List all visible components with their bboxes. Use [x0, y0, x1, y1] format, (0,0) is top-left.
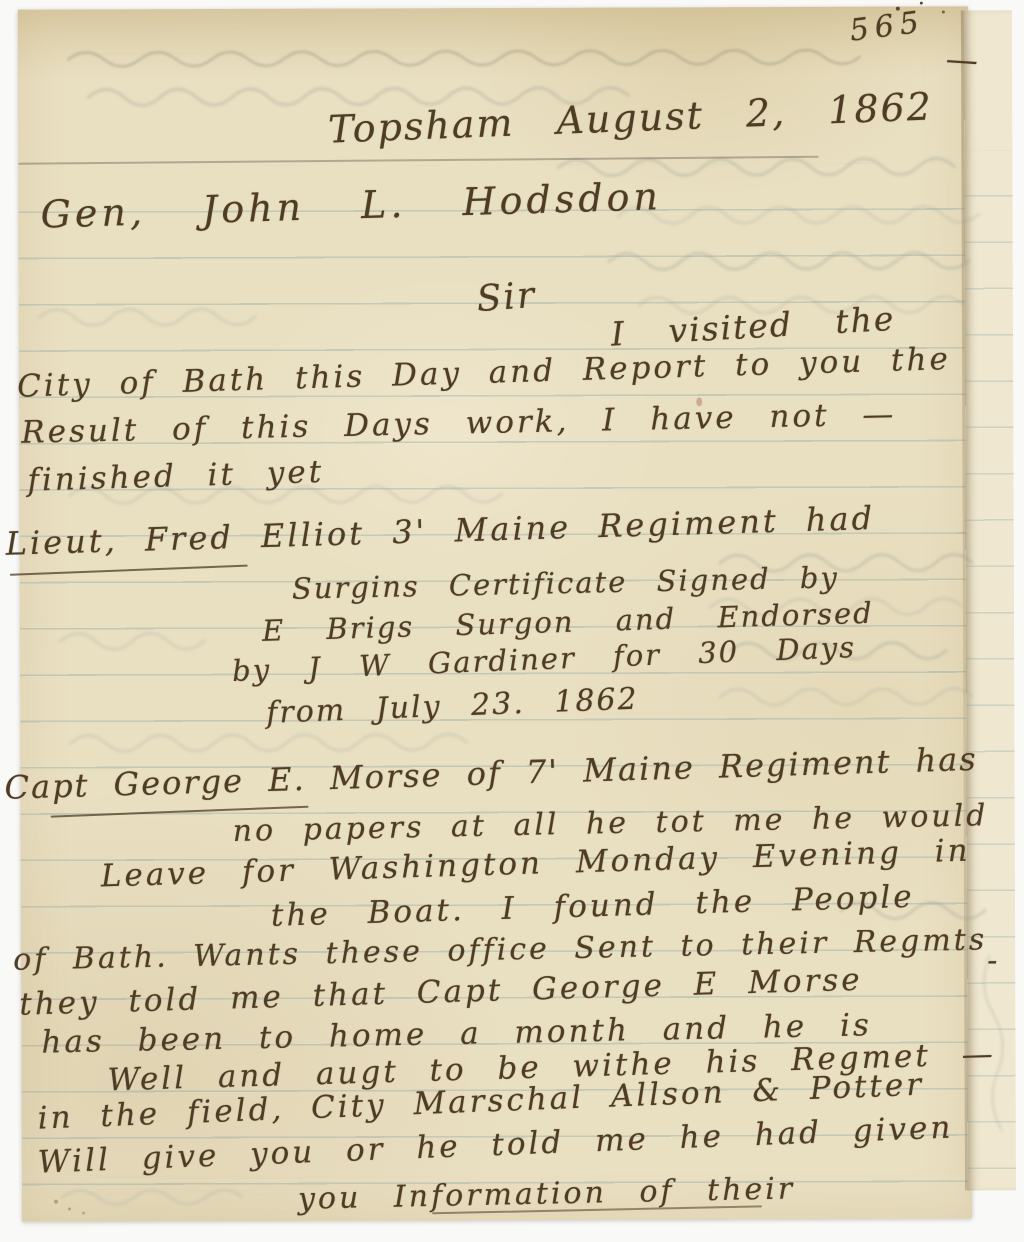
body-line: Lieut, Fred Elliot 3' Maine Regiment had [5, 502, 875, 560]
scanned-letter-page: { "document": { "kind": "handwritten-let… [0, 0, 1024, 1242]
page-number: 565 [848, 8, 926, 47]
recipient-line: Gen, John L. Hodsdon [40, 177, 662, 233]
body-line: you Information of their [298, 1174, 796, 1214]
body-line: Capt George E. Morse of 7' Maine Regimen… [4, 743, 978, 804]
body-line: finished it yet [27, 457, 325, 497]
letter-scan: 565—Topsham August 2, 1862Gen, John L. H… [0, 0, 1024, 1242]
ink-dash: — [945, 43, 979, 77]
place-date-line: Topsham August 2, 1862 [328, 87, 934, 148]
salutation-line: Sir [476, 278, 538, 318]
body-line: from July 23. 1862 [266, 685, 639, 729]
body-line: City of Bath this Day and Report to you … [17, 344, 952, 403]
body-line: Surgins Certificate Signed by [292, 563, 840, 603]
body-line: Result of this Days work, I have not — [21, 399, 897, 448]
body-line: the Boat. I found the People [271, 882, 915, 932]
ink-dash: - [987, 946, 997, 976]
handwriting-layer: 565—Topsham August 2, 1862Gen, John L. H… [0, 0, 1024, 1242]
